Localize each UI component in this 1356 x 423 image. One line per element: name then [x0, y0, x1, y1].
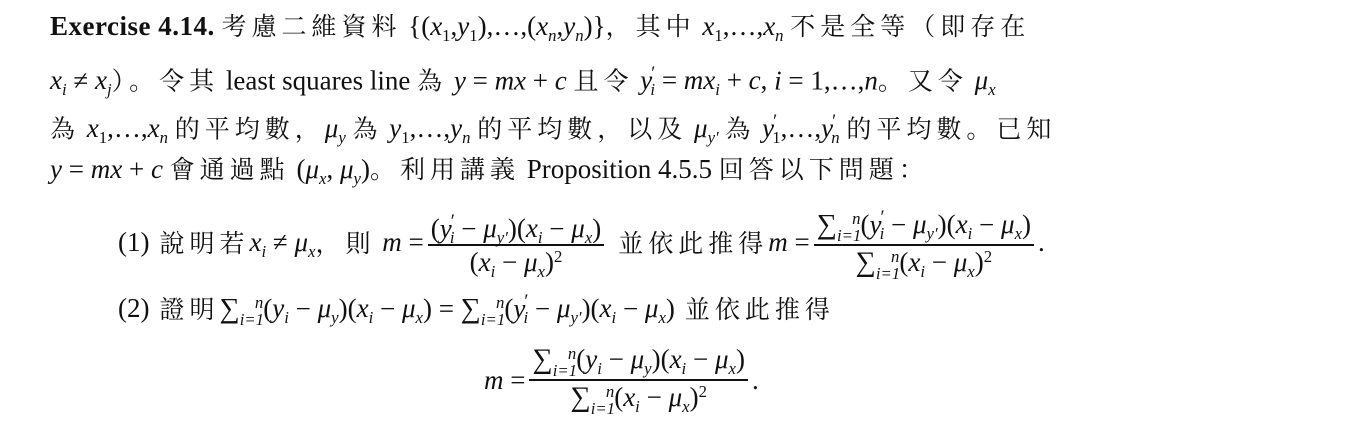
denominator: ∑i=1n(xi − μx)2	[567, 381, 709, 417]
math-line-eq: y = mx + c	[50, 154, 163, 184]
math-y-list: y1,…,yn	[389, 113, 470, 143]
text: 不是全等（即存在	[790, 12, 1030, 41]
text: 證明	[159, 290, 219, 326]
text: 回答以下問題：	[719, 155, 929, 184]
math-mean-point: (μx, μy)	[296, 154, 370, 184]
text: 為	[417, 66, 447, 95]
text: 為	[725, 114, 755, 143]
part-2: (2) 證明 ∑i=1n(yi − μy)(xi − μx) = ∑i=1n(y…	[118, 290, 835, 326]
math-x-list: x1,…,xn	[87, 113, 168, 143]
period: .	[1038, 227, 1045, 258]
text: 為	[353, 114, 383, 143]
math-fitted-eq: y′i = mxi + c,	[640, 65, 767, 95]
numerator: ∑i=1n(y′i − μy′)(xi − μx)	[814, 202, 1034, 244]
math-line-eq: y = mx + c	[454, 65, 567, 95]
math-yprime-list: y′1,…,y′n	[762, 113, 840, 143]
math-lhs: m =	[375, 227, 423, 258]
exercise-label: Exercise 4.14.	[50, 11, 215, 41]
text: ，其中	[606, 12, 696, 41]
text-reference: Proposition 4.5.5	[527, 154, 712, 184]
text: 說明若	[159, 224, 249, 260]
math-mu-x: μx	[975, 65, 996, 95]
text: ，則	[315, 224, 375, 260]
text: 的平均數，	[175, 114, 325, 143]
fraction-sum: ∑i=1n(y′i − μy′)(xi − μx) ∑i=1n(xi − μx)…	[814, 202, 1034, 282]
denominator: ∑i=1n(xi − μx)2	[853, 246, 995, 282]
part-label: (1)	[118, 227, 149, 258]
math-sum-identity: ∑i=1n(yi − μy)(xi − μx) = ∑i=1n(y′i − μy…	[220, 291, 675, 325]
math-lhs: m =	[768, 227, 809, 258]
text: 會通過點	[170, 155, 290, 184]
math-dataset: {(x1,y1),…,(xn,yn)}	[408, 11, 605, 41]
math-condition: xi ≠ μx	[250, 227, 316, 258]
numerator: ∑i=1n(yi − μy)(xi − μx)	[529, 343, 747, 379]
exercise-line-3: 為 x1,…,xn 的平均數，μy 為 y1,…,yn 的平均數，以及 μy′ …	[50, 106, 1056, 145]
part-1: (1) 說明若 xi ≠ μx ，則 m = (y′i − μy′)(xi − …	[118, 200, 1045, 284]
math-lhs: m =	[484, 365, 525, 396]
text: 並依此推得	[618, 224, 768, 260]
text: 並依此推得	[685, 290, 835, 326]
numerator: (y′i − μy′)(xi − μx)	[428, 206, 605, 244]
text: ）。令其	[112, 66, 220, 95]
math-mu-y: μy	[325, 113, 346, 143]
text: 且令	[574, 66, 634, 95]
text-english: least squares line	[226, 65, 410, 95]
exercise-line-4: y = mx + c 會通過點 (μx, μy)。利用講義 Propositio…	[50, 153, 929, 186]
exercise-line-1: Exercise 4.14. 考慮二維資料 {(x1,y1),…,(xn,yn)…	[50, 10, 1030, 43]
period: .	[752, 365, 759, 396]
part-label: (2)	[118, 293, 149, 324]
fraction-sum: ∑i=1n(yi − μy)(xi − μx) ∑i=1n(xi − μx)2	[529, 343, 747, 417]
exercise-line-2: xi ≠ xj）。令其 least squares line 為 y = mx …	[50, 58, 996, 97]
math-condition: xi ≠ xj	[50, 65, 112, 95]
text: 。利用講義	[370, 155, 520, 184]
math-index-range: i = 1,…,n	[774, 65, 878, 95]
text: 的平均數。已知	[846, 114, 1056, 143]
text: 。又令	[878, 66, 968, 95]
text: 的平均數，以及	[477, 114, 687, 143]
fraction-single: (y′i − μy′)(xi − μx) (xi − μx)2	[428, 206, 605, 278]
display-equation: m = ∑i=1n(yi − μy)(xi − μx) ∑i=1n(xi − μ…	[484, 338, 759, 422]
math-mu-yprime: μy′	[694, 113, 719, 143]
text: 為	[50, 114, 80, 143]
text: 考慮二維資料	[221, 12, 401, 41]
math-x-list: x1,…,xn	[702, 11, 783, 41]
denominator: (xi − μx)2	[467, 246, 566, 278]
